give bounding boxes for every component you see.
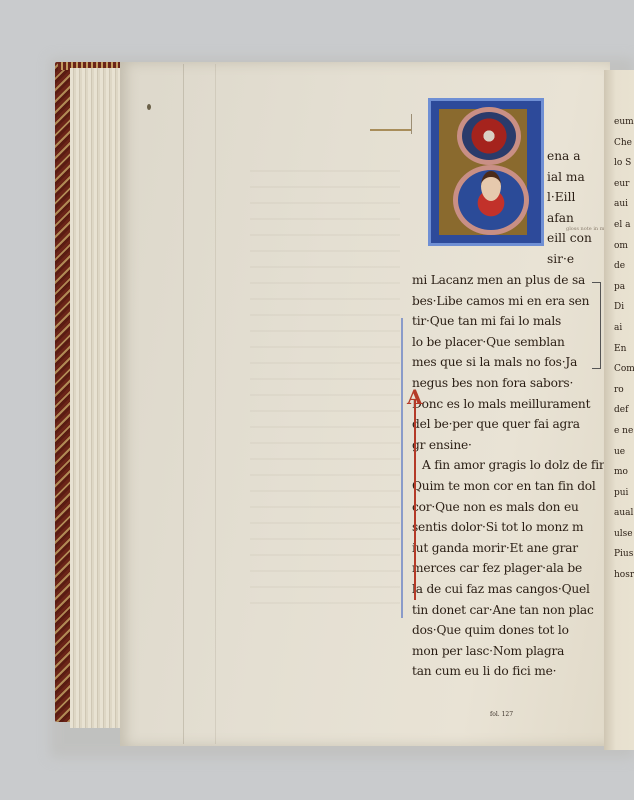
text-line: iut ganda morir·Et ane grar: [412, 538, 602, 559]
text-line: merces car fez plager·ala be: [412, 558, 602, 579]
text-line: e ne: [614, 421, 634, 442]
guide-stroke: [370, 129, 412, 131]
text-line: del be·per que quer fai agra: [412, 414, 602, 435]
text-line: tir·Que tan mi fai lo mals: [412, 311, 602, 332]
guide-stroke-vertical: [411, 114, 412, 134]
text-line: tan cum eu li do fici me·: [412, 661, 602, 682]
text-line: lo S: [614, 153, 634, 174]
illuminated-initial-b: [428, 98, 544, 246]
text-line: aui: [614, 194, 634, 215]
text-line: def: [614, 400, 634, 421]
figure-face: [481, 171, 501, 201]
text-line: eur: [614, 174, 634, 195]
text-line: ro: [614, 380, 634, 401]
text-line: ial ma: [547, 167, 592, 188]
text-line: A fin amor gragis lo dolz de fir·: [412, 455, 602, 476]
text-line: om: [614, 236, 634, 257]
upper-bowl-rosette: [457, 107, 521, 165]
text-line: Pius: [614, 544, 634, 565]
text-line: Com: [614, 359, 634, 380]
text-line: cor·Que non es mals don eu: [412, 497, 602, 518]
margin-ruling-line-2: [215, 64, 216, 744]
leather-binding-spine: [55, 62, 71, 722]
text-line: mi Lacanz men an plus de sa: [412, 270, 602, 291]
text-line: sir·e: [547, 249, 592, 270]
ink-stain: [147, 104, 151, 110]
main-text-column: mi Lacanz men an plus de sa bes·Libe cam…: [412, 270, 602, 682]
text-line: lo be placer·Que semblan: [412, 332, 602, 353]
text-line: mo: [614, 462, 634, 483]
text-line: dos·Que quim dones tot lo: [412, 620, 602, 641]
show-through-text: [250, 170, 400, 610]
margin-bracket: [592, 282, 601, 369]
text-line: ai: [614, 318, 634, 339]
margin-ruling-line: [183, 64, 184, 744]
blue-penwork-flourish: [401, 318, 403, 618]
text-line: Che: [614, 133, 634, 154]
text-line: mes que si la mals no fos·Ja: [412, 352, 602, 373]
red-initial-a: A: [407, 385, 423, 409]
text-line: Donc es lo mals meillurament: [412, 394, 602, 415]
text-line: Quim te mon cor en tan fin dol: [412, 476, 602, 497]
text-line: ulse: [614, 524, 634, 545]
text-line: el a: [614, 215, 634, 236]
text-line: sentis dolor·Si tot lo monz m: [412, 517, 602, 538]
text-line: ue: [614, 442, 634, 463]
text-line: pui: [614, 483, 634, 504]
text-line: bes·Libe camos mi en era sen: [412, 291, 602, 312]
foliation-number: fol. 127: [490, 711, 513, 718]
text-line: gr ensine·: [412, 435, 602, 456]
text-line: Di: [614, 297, 634, 318]
text-line: la de cui faz mas cangos·Quel: [412, 579, 602, 600]
text-line: ena a: [547, 146, 592, 167]
text-line: En: [614, 339, 634, 360]
red-penwork-flourish: [414, 400, 416, 600]
text-line: de: [614, 256, 634, 277]
opening-short-lines: ena a ial ma l·Eill afan eill con sir·e: [547, 146, 592, 270]
text-line: hosr: [614, 565, 634, 586]
text-line: tin donet car·Ane tan non plac: [412, 600, 602, 621]
text-line: pa: [614, 277, 634, 298]
text-line: negus bes non fora sabors·: [412, 373, 602, 394]
text-line: l·Eill: [547, 187, 592, 208]
text-line: mon per lasc·Nom plagra: [412, 641, 602, 662]
text-line: aual: [614, 503, 634, 524]
recto-text-fragments: eum Che lo S eur aui el a om de pa Di ai…: [614, 112, 634, 586]
text-line: eum: [614, 112, 634, 133]
